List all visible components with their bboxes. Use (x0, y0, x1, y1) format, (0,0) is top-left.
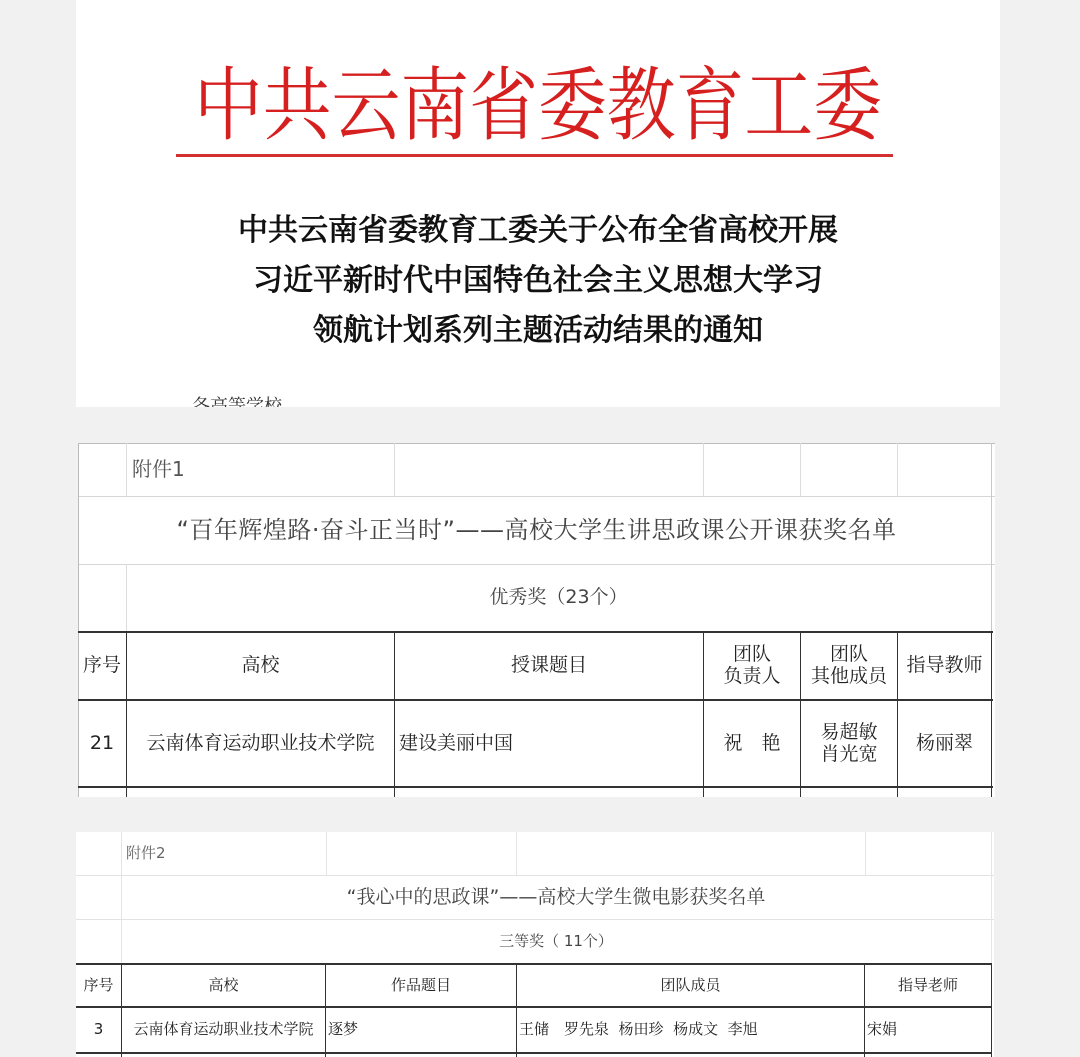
row-team-member-1: 易超敏 (820, 722, 877, 744)
col-header-team-members-line-2: 其他成员 (811, 666, 887, 688)
notice-title: 中共云南省委教育工委关于公布全省高校开展 习近平新时代中国特色社会主义思想大学习… (76, 206, 1000, 356)
col-header-team-members-line-1: 团队 (830, 644, 868, 666)
row-school: 云南体育运动职业技术学院 (127, 701, 394, 786)
col-header-school: 高校 (122, 965, 325, 1006)
col-header-team-leader-line-1: 团队 (733, 644, 771, 666)
row-topic: 建设美丽中国 (399, 701, 699, 786)
annex2-label: 附件2 (126, 832, 316, 875)
col-header-work-title: 作品题目 (326, 965, 516, 1006)
row-advisor: 宋娟 (867, 1008, 989, 1052)
notice-title-line-1: 中共云南省委教育工委关于公布全省高校开展 (76, 206, 1000, 256)
annex1-award-level: 优秀奖（23个） (126, 565, 991, 631)
row-work-title: 逐梦 (328, 1008, 514, 1052)
letterhead-panel: 中共云南省委教育工委 中共云南省委教育工委关于公布全省高校开展 习近平新时代中国… (76, 0, 1000, 407)
col-header-team-leader-line-2: 负责人 (723, 666, 780, 688)
col-header-team-members: 团队 其他成员 (801, 633, 897, 699)
row-advisor: 杨丽翠 (898, 701, 991, 786)
organization-title: 中共云南省委教育工委 (141, 58, 936, 154)
annex1-title: “百年辉煌路·奋斗正当时”——高校大学生讲思政课公开课获奖名单 (78, 497, 995, 564)
col-header-team-members: 团队成员 (517, 965, 864, 1006)
col-header-team-leader: 团队 负责人 (704, 633, 800, 699)
annex1-table: 附件1 “百年辉煌路·奋斗正当时”——高校大学生讲思政课公开课获奖名单 优秀奖（… (78, 443, 995, 797)
row-school: 云南体育运动职业技术学院 (122, 1008, 325, 1052)
annex2-title: “我心中的思政课”——高校大学生微电影获奖名单 (121, 876, 991, 919)
salutation-cutoff: 各高等学校 (192, 396, 282, 407)
col-header-index: 序号 (76, 965, 121, 1006)
row-index: 21 (78, 701, 126, 786)
row-index: 3 (76, 1008, 121, 1052)
annex2-award-level: 三等奖（ 11个） (121, 920, 991, 963)
notice-title-line-3: 领航计划系列主题活动结果的通知 (76, 306, 1000, 356)
notice-title-line-2: 习近平新时代中国特色社会主义思想大学习 (76, 256, 1000, 306)
col-header-school: 高校 (127, 633, 394, 699)
col-header-advisor: 指导老师 (865, 965, 991, 1006)
annex1-label: 附件1 (132, 443, 382, 496)
annex2-table: 附件2 “我心中的思政课”——高校大学生微电影获奖名单 三等奖（ 11个） 序号… (76, 832, 994, 1057)
row-team-members: 王储 罗先泉 杨田珍 杨成文 李旭 (519, 1008, 862, 1052)
row-team-member-2: 肖光宽 (820, 744, 877, 766)
row-team-leader: 祝 艳 (704, 701, 800, 786)
col-header-topic: 授课题目 (395, 633, 703, 699)
row-team-members: 易超敏 肖光宽 (801, 701, 897, 786)
red-divider-rule (176, 154, 893, 157)
col-header-advisor: 指导教师 (898, 633, 991, 699)
col-header-index: 序号 (78, 633, 126, 699)
